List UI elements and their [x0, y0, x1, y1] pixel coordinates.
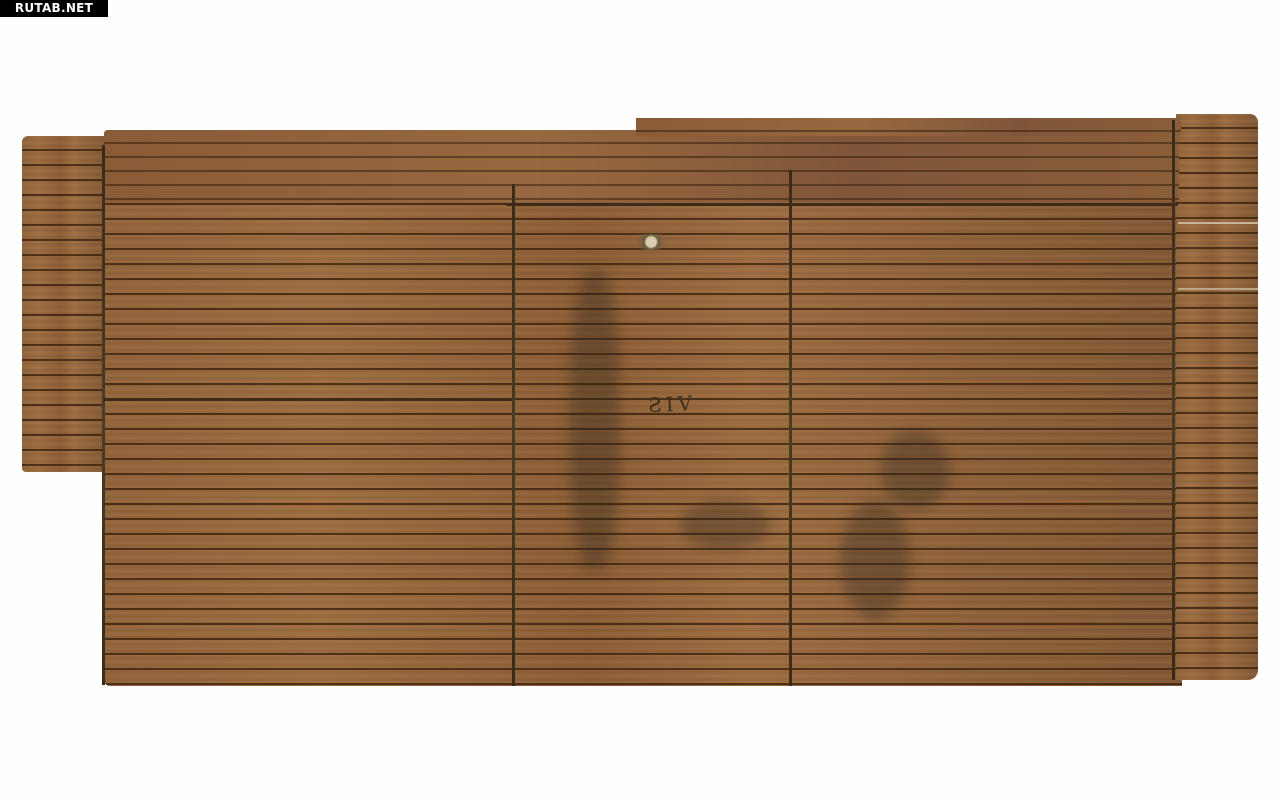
- wood-knot: [620, 234, 668, 250]
- tablet-top-band: [104, 130, 1179, 202]
- dark-stain: [880, 430, 950, 510]
- inscription-text: ƧIV: [647, 391, 696, 417]
- top-band-divider: [506, 203, 1178, 206]
- tablet-main-body: [104, 130, 1182, 686]
- watermark-label: RUTAB.NET: [0, 0, 108, 17]
- horizontal-divider-left: [104, 398, 512, 401]
- dark-stain: [680, 500, 770, 550]
- tablet-left-tab: [22, 136, 108, 472]
- dark-stain: [570, 270, 620, 570]
- right-frame-notch-2: [1178, 288, 1258, 290]
- tablet-top-band-right: [636, 118, 1181, 136]
- right-frame-divider: [1172, 120, 1175, 680]
- right-frame-notch: [1178, 222, 1258, 224]
- tablet-right-frame: [1176, 114, 1258, 680]
- dark-stain: [840, 500, 910, 620]
- column-divider-1: [512, 184, 515, 686]
- left-tab-divider: [102, 145, 105, 685]
- column-divider-2: [789, 170, 792, 686]
